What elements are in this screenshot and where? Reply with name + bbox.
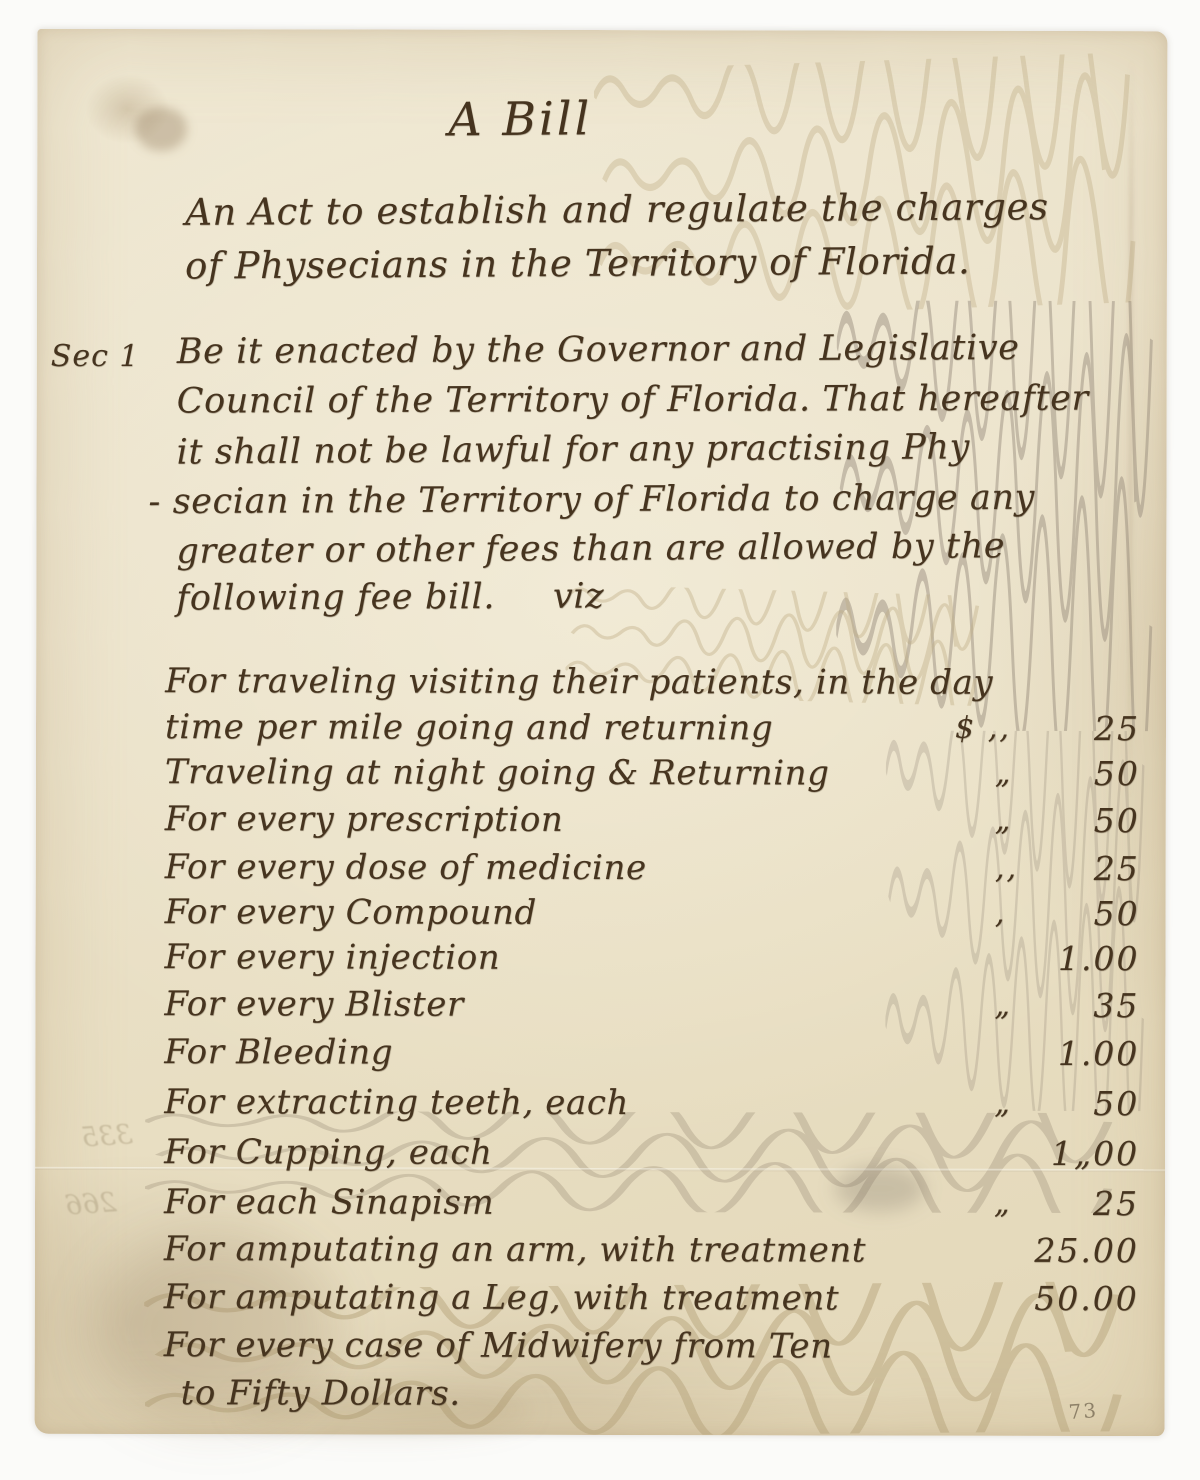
fee-amount: 50 — [989, 1084, 1139, 1123]
fee-label: For every dose of medicine — [165, 847, 647, 888]
section-text-line: Council of the Territory of Florida. Tha… — [177, 379, 1089, 422]
fee-amount: 50.00 — [989, 1279, 1139, 1318]
fee-label: to Fifty Dollars. — [181, 1373, 461, 1414]
act-heading-line: An Act to establish and regulate the cha… — [185, 185, 1049, 234]
fee-row: Traveling at night going & Returning„50 — [165, 752, 1140, 800]
fee-row: For every prescription„50 — [165, 799, 1140, 847]
fee-label: For every prescription — [165, 799, 564, 840]
section-label: Sec 1 — [51, 339, 140, 374]
fee-label: For extracting teeth, each — [164, 1082, 629, 1123]
fee-amount: 25 — [989, 1184, 1139, 1223]
fee-amount: 1„00 — [989, 1134, 1139, 1173]
document-title: A Bill — [0, 87, 1085, 150]
scanned-document: A Bill An Act to establish and regulate … — [0, 0, 1200, 1480]
ghost-number-annotation: 266 — [64, 1187, 118, 1221]
fee-label: For every injection — [164, 937, 500, 978]
fee-label: For amputating a Leg, with treatment — [164, 1277, 839, 1318]
fee-label: For traveling visiting their patients, i… — [165, 661, 993, 703]
fee-amount: 50 — [990, 801, 1140, 840]
act-heading-line: of Physecians in the Territory of Florid… — [185, 239, 971, 287]
fee-row: For every injection1.00 — [164, 937, 1139, 985]
fee-row: For every Blister„35 — [164, 984, 1139, 1032]
fee-label: For Cupping, each — [164, 1132, 492, 1173]
fee-amount: 50 — [990, 754, 1140, 793]
fee-amount: 35 — [989, 986, 1139, 1025]
fee-row: For traveling visiting their patients, i… — [165, 661, 1140, 709]
fee-label: time per mile going and returning — [165, 707, 773, 748]
fee-row: For each Sinapism„25 — [164, 1182, 1139, 1230]
fee-amount: 1.00 — [989, 939, 1139, 978]
fee-row: For every dose of medicine‚‚25 — [165, 847, 1140, 895]
fee-row: For every case of Midwifery from Ten — [164, 1325, 1139, 1373]
fee-row: For Bleeding1.00 — [164, 1032, 1139, 1080]
page-number-annotation: 73 — [1068, 1398, 1099, 1424]
fee-label: Traveling at night going & Returning — [165, 752, 830, 793]
section-text-fragment: following fee bill. — [176, 577, 495, 619]
fee-row: For extracting teeth, each„50 — [164, 1082, 1139, 1130]
fee-row: For amputating a Leg, with treatment50.0… — [164, 1277, 1139, 1325]
fee-label: For every Blister — [164, 984, 463, 1025]
manuscript-paper: A Bill An Act to establish and regulate … — [35, 29, 1168, 1436]
fee-row: For amputating an arm, with treatment25.… — [164, 1229, 1139, 1277]
fee-amount: 25 — [990, 709, 1140, 748]
fee-label: For every Compound — [165, 892, 537, 933]
fee-label: For every case of Midwifery from Ten — [164, 1325, 833, 1366]
fee-label: For Bleeding — [164, 1032, 393, 1072]
section-text-line: following fee bill.viz — [176, 577, 604, 621]
section-text-line: greater or other fees than are allowed b… — [176, 526, 1005, 571]
section-text-line: - secian in the Territory of Florida to … — [148, 478, 1035, 522]
fee-amount: 25.00 — [989, 1231, 1139, 1270]
fee-row: For every Compound‚50 — [165, 892, 1140, 940]
fee-amount: 25 — [990, 849, 1140, 888]
viz-label: viz — [553, 577, 604, 619]
fee-label: For amputating an arm, with treatment — [164, 1229, 866, 1270]
fee-amount: 50 — [990, 894, 1140, 933]
fee-row: time per mile going and returning$ ‚‚25 — [165, 707, 1140, 755]
section-text-line: Be it enacted by the Governor and Legisl… — [177, 328, 1020, 372]
fee-amount: 1.00 — [989, 1034, 1139, 1073]
section-text-line: it shall not be lawful for any practisin… — [176, 427, 970, 472]
fee-label: For each Sinapism — [164, 1182, 494, 1223]
fee-row: For Cupping, each1„00 — [164, 1132, 1139, 1180]
ghost-number-annotation: 335 — [80, 1119, 134, 1153]
fee-row: to Fifty Dollars. — [181, 1373, 1156, 1421]
